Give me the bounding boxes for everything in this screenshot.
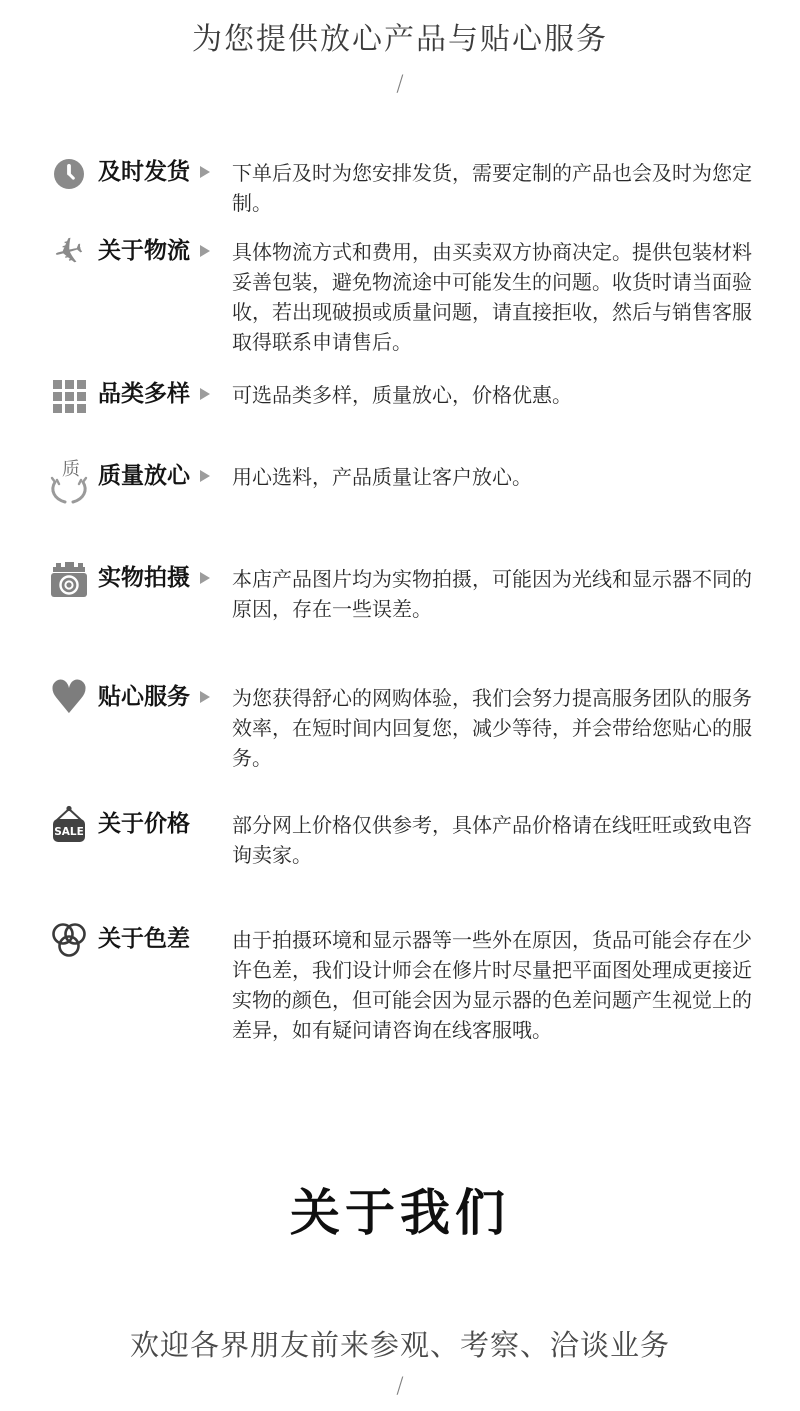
service-label: 及时发货 (98, 153, 200, 191)
arrow-right-icon (200, 245, 210, 257)
arrow-right-icon (200, 166, 210, 178)
service-item-logistics: ✈ 关于物流 具体物流方式和费用，由买卖双方协商决定。提供包装材料妥善包装，避免… (40, 232, 800, 357)
service-text: 由于拍摄环境和显示器等一些外在原因，货品可能会存在少许色差，我们设计师会在修片时… (232, 920, 764, 1045)
page-title: 为您提供放心产品与贴心服务 (0, 14, 800, 58)
about-title: 关于我们 (0, 1173, 800, 1245)
service-text: 部分网上价格仅供参考，具体产品价格请在线旺旺或致电咨询卖家。 (232, 805, 764, 870)
header-divider: / (0, 72, 800, 97)
grid-icon (40, 375, 98, 417)
clock-icon (40, 153, 98, 195)
service-item-quality: 质 质量放心 用心选料，产品质量让客户放心。 (40, 457, 800, 509)
service-text: 具体物流方式和费用，由买卖双方协商决定。提供包装材料妥善包装，避免物流途中可能发… (232, 232, 764, 357)
service-label: 实物拍摄 (98, 559, 200, 597)
service-item-color: 关于色差 由于拍摄环境和显示器等一些外在原因，货品可能会存在少许色差，我们设计师… (40, 920, 800, 1045)
service-text: 用心选料，产品质量让客户放心。 (232, 457, 764, 492)
svg-text:SALE: SALE (54, 826, 84, 838)
service-item-variety: 品类多样 可选品类多样，质量放心，价格优惠。 (40, 375, 800, 417)
service-list: 及时发货 下单后及时为您安排发货，需要定制的产品也会及时为您定制。 ✈ 关于物流… (40, 153, 800, 1045)
arrow-right-icon (200, 470, 210, 482)
service-label: 关于色差 (98, 920, 200, 958)
arrow-right-icon (200, 388, 210, 400)
service-text: 下单后及时为您安排发货，需要定制的产品也会及时为您定制。 (232, 153, 764, 218)
about-subtitle: 欢迎各界朋友前来参观、考察、洽谈业务 (0, 1323, 800, 1364)
service-label: 关于价格 (98, 805, 200, 843)
service-item-service: ♥ 贴心服务 为您获得舒心的网购体验，我们会努力提高服务团队的服务效率，在短时间… (40, 678, 800, 773)
service-label: 品类多样 (98, 375, 200, 413)
service-label: 贴心服务 (98, 678, 200, 716)
camera-icon (40, 559, 98, 601)
airplane-icon: ✈ (40, 232, 98, 274)
quality-hands-icon: 质 (40, 457, 98, 509)
service-item-price: SALE 关于价格 部分网上价格仅供参考，具体产品价格请在线旺旺或致电咨询卖家。 (40, 805, 800, 870)
service-item-shipping: 及时发货 下单后及时为您安排发货，需要定制的产品也会及时为您定制。 (40, 153, 800, 218)
arrow-right-icon (200, 572, 210, 584)
service-text: 可选品类多样，质量放心，价格优惠。 (232, 375, 764, 410)
svg-text:质: 质 (62, 459, 80, 480)
about-divider: / (0, 1374, 800, 1399)
about-section: 关于我们 欢迎各界朋友前来参观、考察、洽谈业务 / (0, 1173, 800, 1399)
promo-page: 为您提供放心产品与贴心服务 / 及时发货 下单后及时为您安排发货，需要定制的产品… (0, 0, 800, 1411)
service-text: 为您获得舒心的网购体验，我们会努力提高服务团队的服务效率，在短时间内回复您，减少… (232, 678, 764, 773)
service-label: 质量放心 (98, 457, 200, 495)
heart-icon: ♥ (40, 678, 98, 720)
color-circles-icon (40, 920, 98, 962)
service-item-photo: 实物拍摄 本店产品图片均为实物拍摄，可能因为光线和显示器不同的原因，存在一些误差… (40, 559, 800, 624)
page-header: 为您提供放心产品与贴心服务 / (0, 0, 800, 97)
arrow-right-icon (200, 691, 210, 703)
service-text: 本店产品图片均为实物拍摄，可能因为光线和显示器不同的原因，存在一些误差。 (232, 559, 764, 624)
sale-tag-icon: SALE (40, 805, 98, 849)
service-label: 关于物流 (98, 232, 200, 270)
